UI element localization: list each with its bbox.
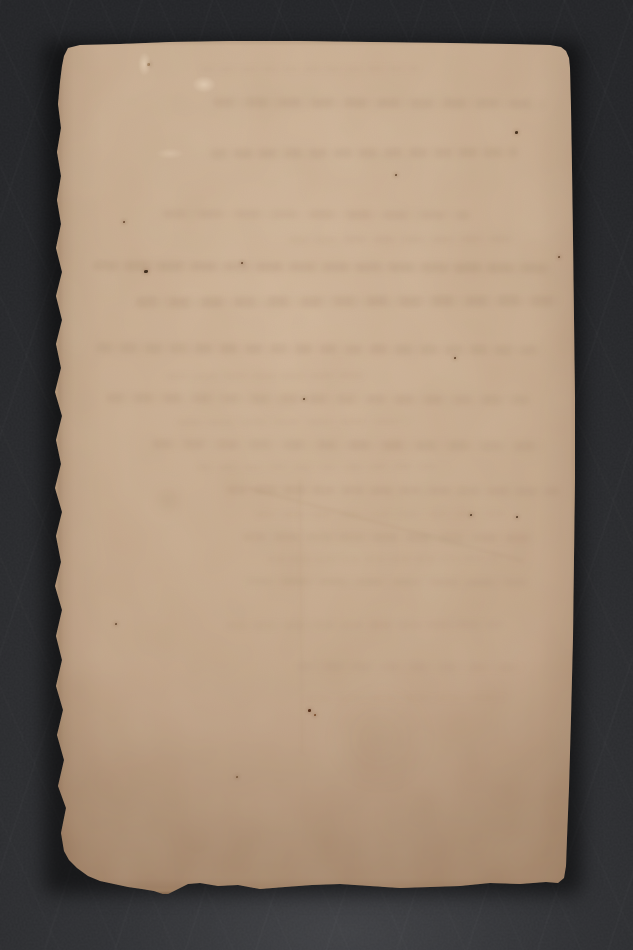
- blemish-layer: [50, 38, 580, 894]
- paper-blemish: [156, 148, 184, 159]
- manuscript-page: [50, 38, 580, 894]
- paper-blemish: [192, 76, 216, 93]
- paper-blemish: [138, 52, 151, 76]
